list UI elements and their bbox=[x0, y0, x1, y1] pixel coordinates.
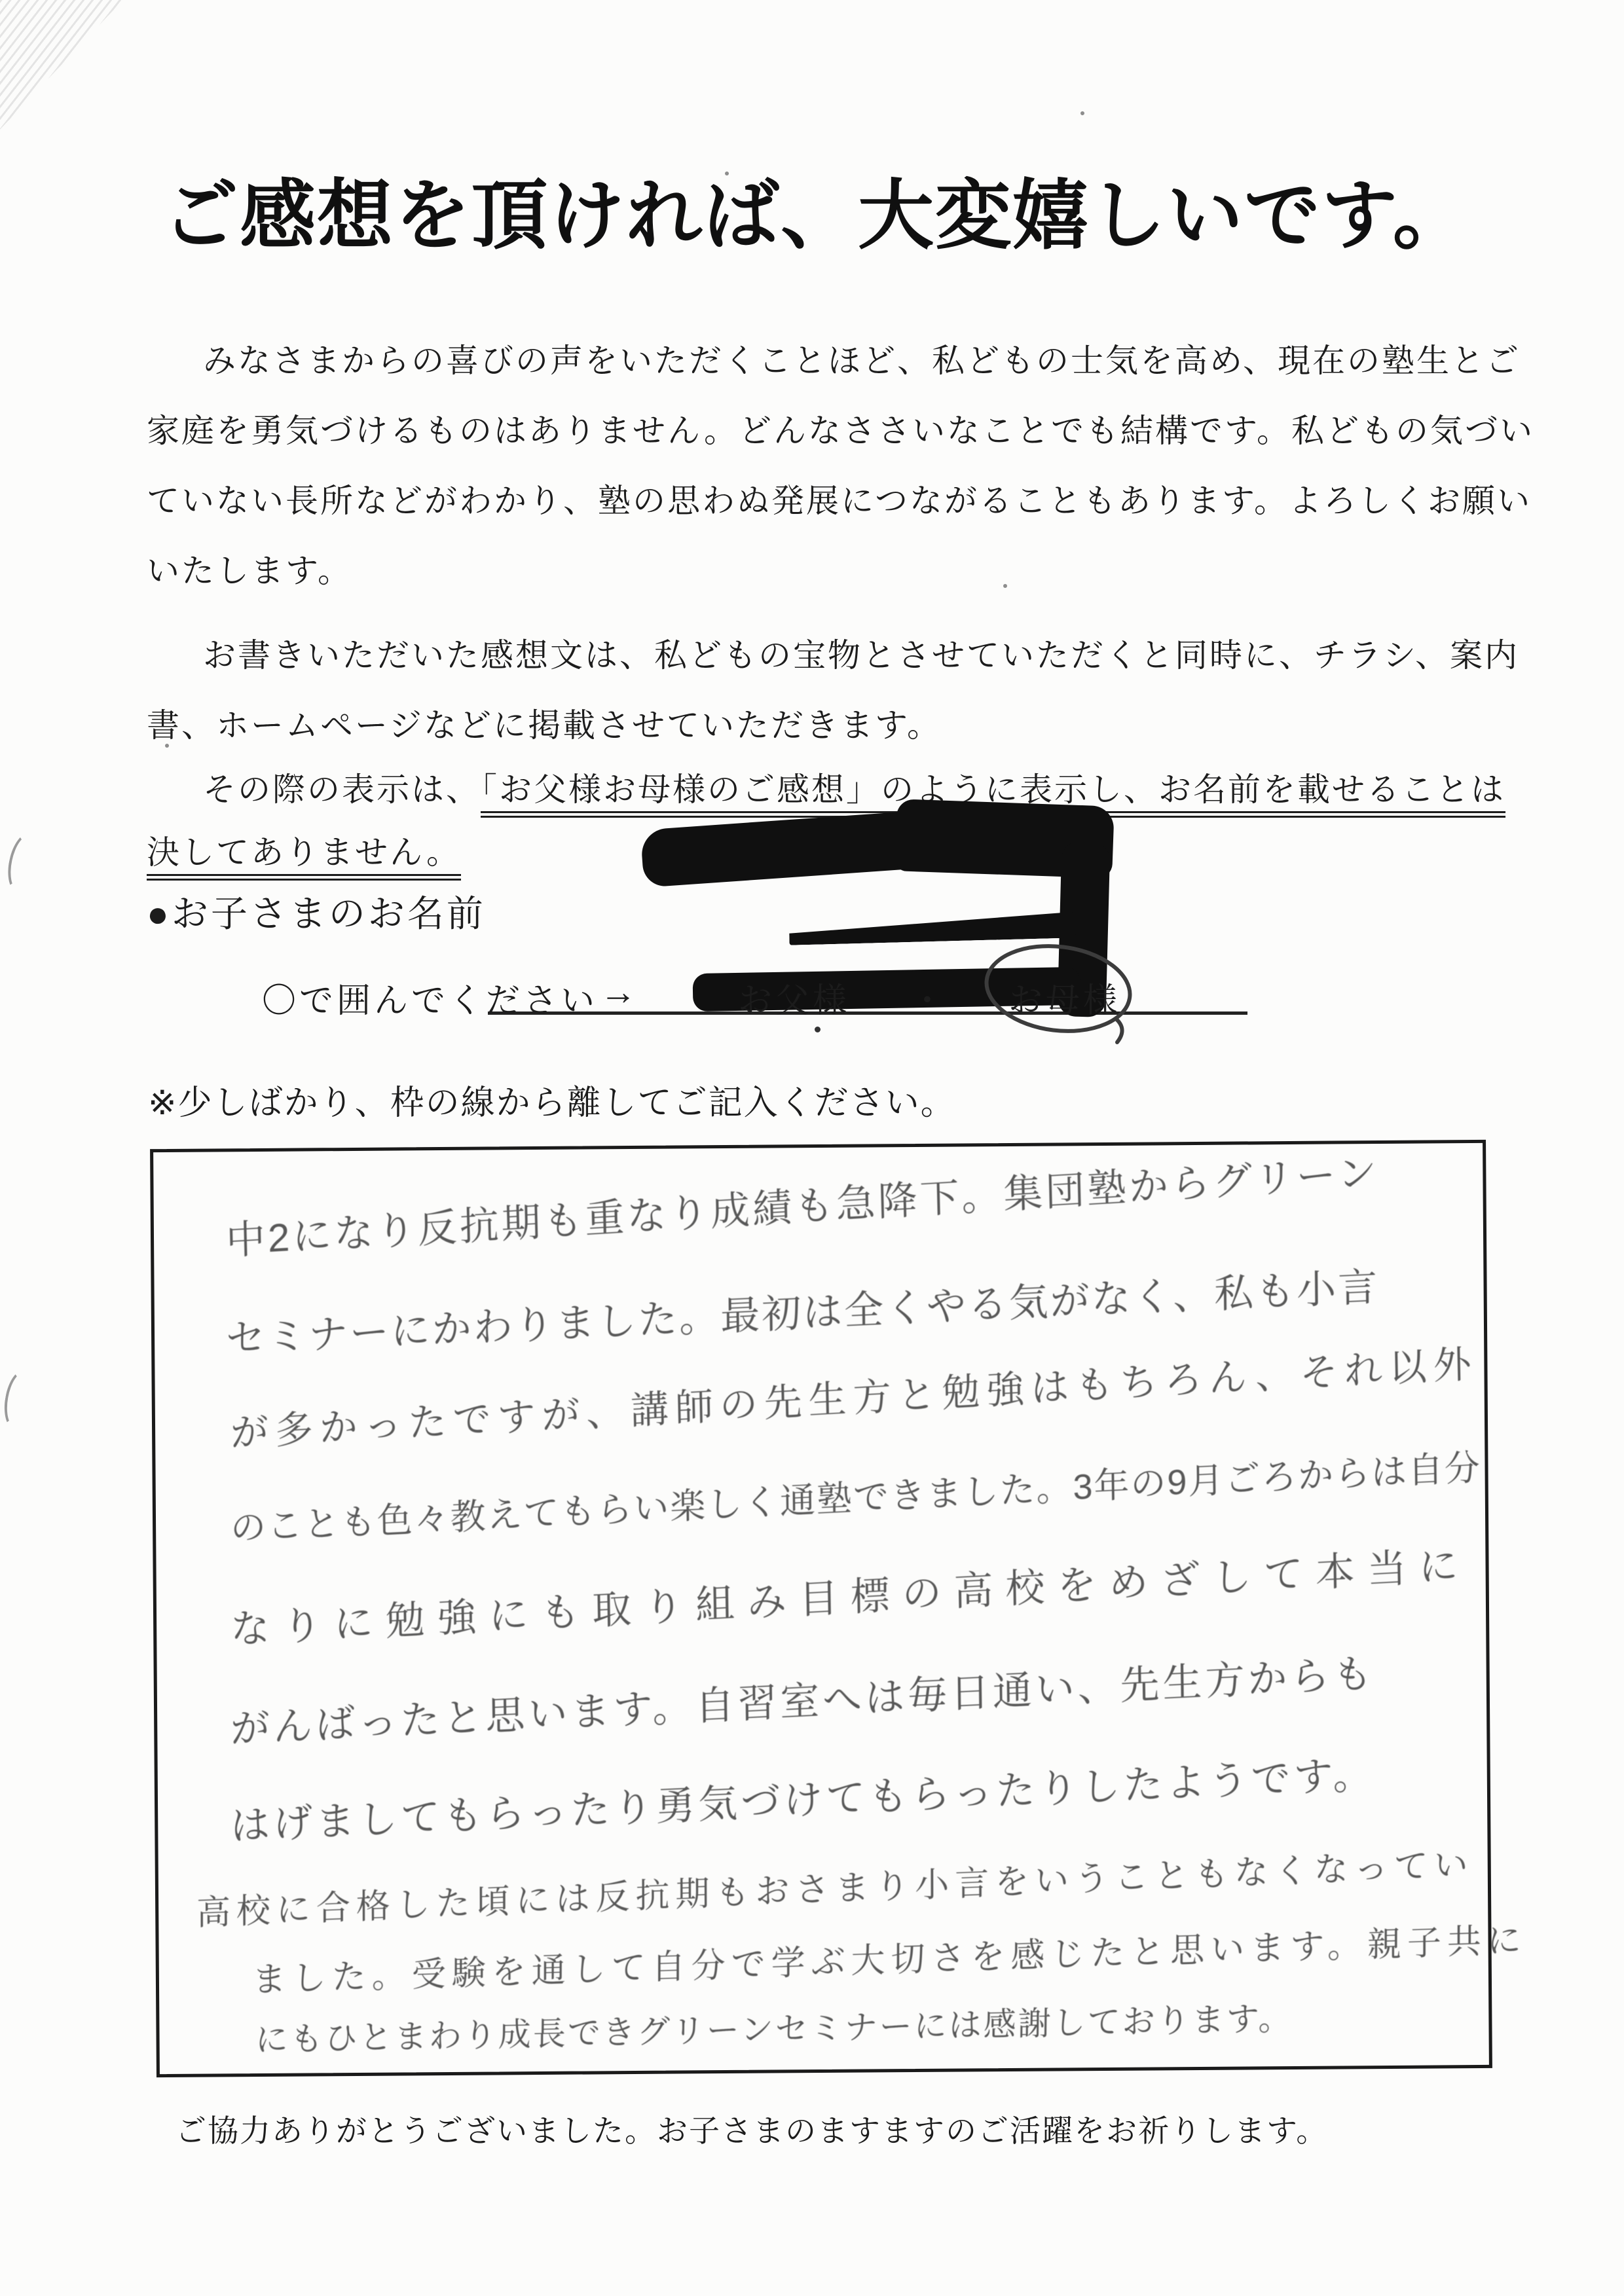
intro-line: 家庭を勇気づけるものはありません。どんなささいなことでも結構です。私どもの気づい bbox=[147, 396, 1534, 466]
notice-underlined-text: 決してありません。 bbox=[147, 834, 461, 881]
scan-speck bbox=[1080, 111, 1084, 115]
option-separator-dot: ・ bbox=[910, 973, 948, 1022]
intro-line: いたします。 bbox=[147, 536, 1534, 606]
page-title: ご感想を頂ければ、大変嬉しいです。 bbox=[162, 155, 1470, 264]
hand-drawn-circle bbox=[977, 938, 1142, 1048]
child-name-field-label: ●お子さまのお名前 bbox=[147, 885, 486, 938]
child-name-label: お子さまのお名前 bbox=[172, 893, 486, 934]
intro-line: ていない長所などがわかり、塾の思わぬ発展につながることもあります。よろしくお願い bbox=[147, 466, 1534, 536]
intro-line: みなさまからの喜びの声をいただくことほど、私どもの士気を高め、現在の塾生とご bbox=[147, 326, 1534, 396]
ink-dot-artifact bbox=[815, 1027, 821, 1032]
arrow-right-icon: → bbox=[600, 970, 640, 1013]
circle-instruction: 〇で囲んでください bbox=[262, 973, 598, 1022]
intro-paragraph: みなさまからの喜びの声をいただくことほど、私どもの士気を高め、現在の塾生とご 家… bbox=[147, 326, 1534, 606]
publication-line: 書、ホームページなどに掲載させていただきます。 bbox=[147, 691, 1519, 761]
scan-edge-mark bbox=[3, 830, 44, 895]
notice-line: その際の表示は、「お父様お母様のご感想」のように表示し、お名前を載せることは bbox=[147, 758, 1505, 821]
scan-corner-artifact bbox=[0, 0, 154, 141]
option-father: お父様 bbox=[738, 973, 850, 1022]
bullet-circle-icon: ● bbox=[147, 893, 172, 934]
publication-line: お書きいただいた感想文は、私どもの宝物とさせていただくと同時に、チラシ、案内 bbox=[147, 621, 1519, 691]
footer-thanks: ご協力ありがとうございました。お子さまのますますのご活躍をお祈りします。 bbox=[175, 2107, 1328, 2151]
publication-paragraph: お書きいただいた感想文は、私どもの宝物とさせていただくと同時に、チラシ、案内 書… bbox=[147, 621, 1519, 761]
margin-note: ※少しばかり、枠の線から離してご記入ください。 bbox=[148, 1075, 956, 1124]
scanned-feedback-form-page: { "document": { "title": "ご感想を頂ければ、大変嬉しい… bbox=[0, 0, 1624, 2296]
scan-edge-mark bbox=[0, 1368, 39, 1432]
notice-prefix: その際の表示は、 bbox=[203, 771, 481, 808]
